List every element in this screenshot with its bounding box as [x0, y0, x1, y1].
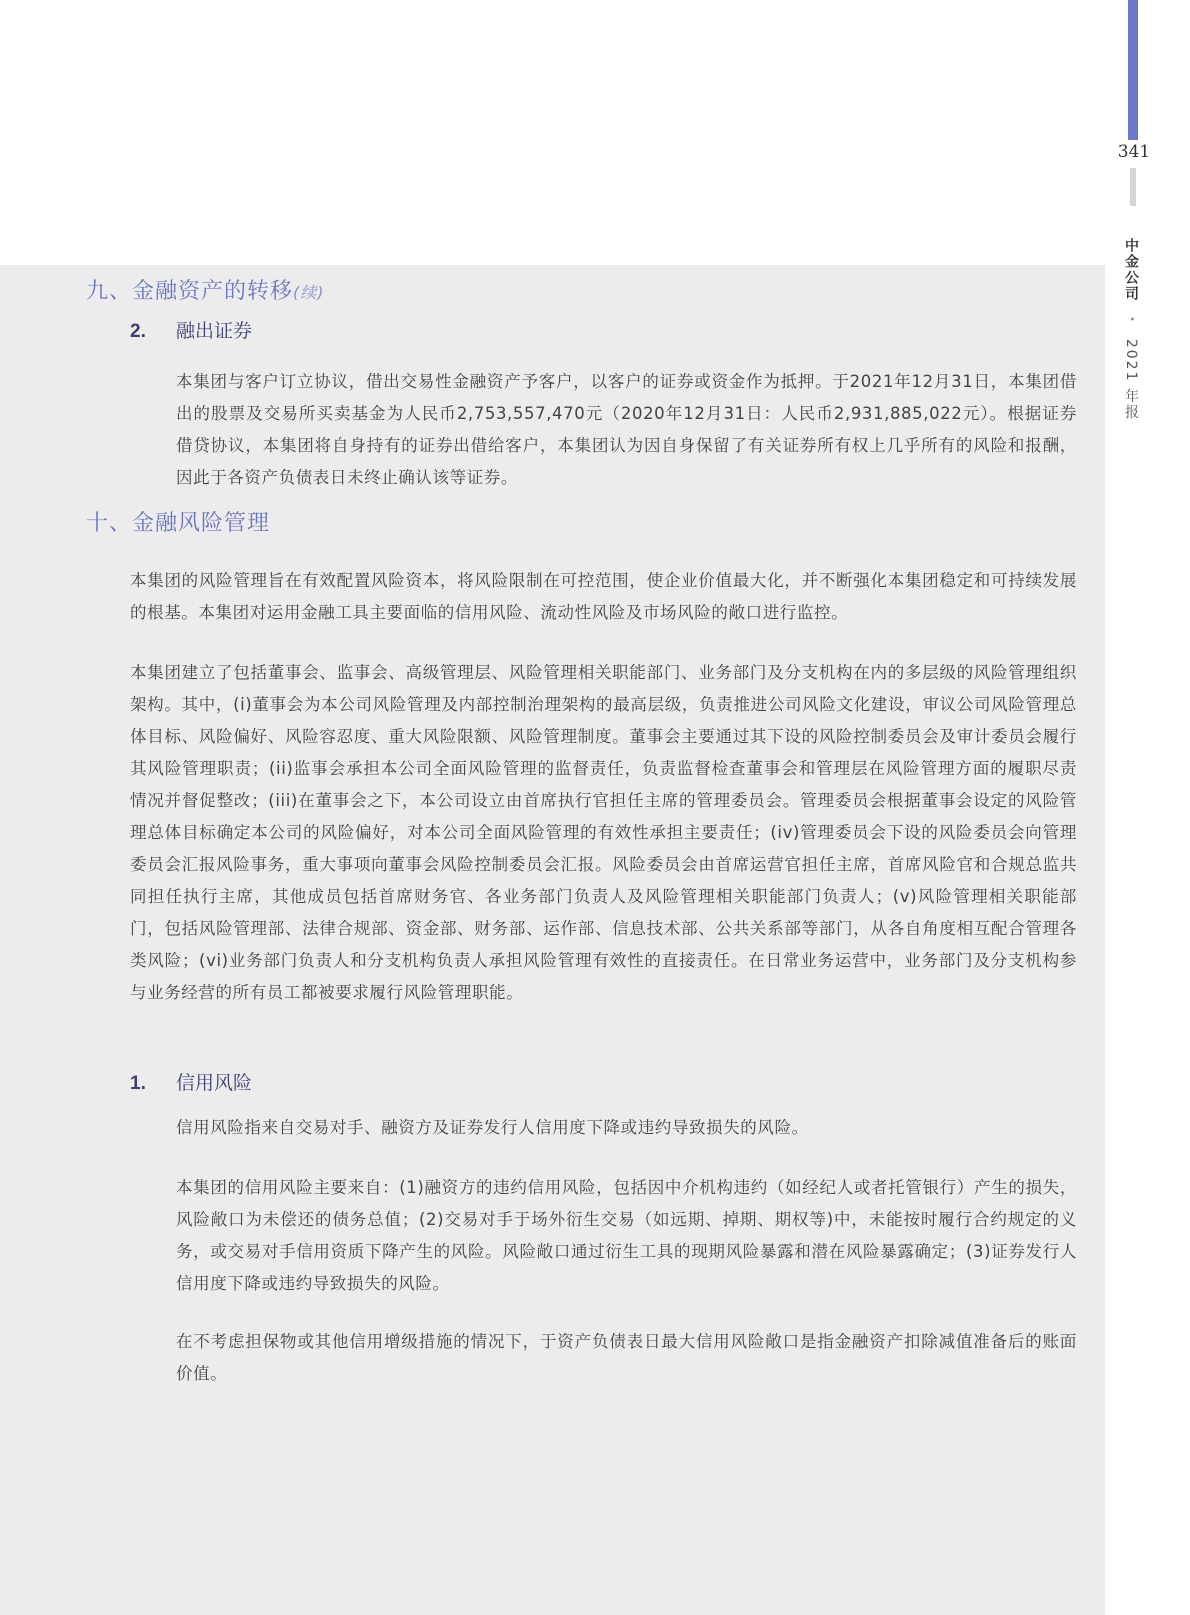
paragraph-credit-risk-sources: 本集团的信用风险主要来自：(1)融资方的违约信用风险，包括因中介机构违约（如经纪… — [176, 1172, 1077, 1300]
section-heading-9: 九、金融资产的转移(续) — [86, 274, 325, 305]
running-header: 中金公司 • 2021 年报 — [1121, 238, 1141, 421]
subsection-heading-securities-lending: 2.融出证券 — [130, 316, 252, 343]
paragraph-max-credit-exposure: 在不考虑担保物或其他信用增级措施的情况下，于资产负债表日最大信用风险敞口是指金融… — [176, 1326, 1077, 1390]
subsection-title: 融出证券 — [176, 320, 252, 342]
subsection-number: 1. — [130, 1073, 176, 1095]
paragraph-risk-management-structure: 本集团建立了包括董事会、监事会、高级管理层、风险管理相关职能部门、业务部门及分支… — [130, 657, 1077, 1009]
page-accent-bar — [1128, 0, 1138, 140]
separator-dot: • — [1126, 316, 1137, 324]
report-name: 2021 年报 — [1123, 339, 1139, 421]
paragraph-risk-management-intro: 本集团的风险管理旨在有效配置风险资本，将风险限制在可控范围，使企业价值最大化，并… — [130, 565, 1077, 629]
page-divider-bar — [1130, 168, 1136, 206]
subsection-heading-credit-risk: 1.信用风险 — [130, 1068, 252, 1095]
section-heading-10: 十、金融风险管理 — [86, 506, 270, 537]
paragraph-credit-risk-definition: 信用风险指来自交易对手、融资方及证券发行人信用度下降或违约导致损失的风险。 — [176, 1112, 1077, 1144]
subsection-title: 信用风险 — [176, 1072, 252, 1094]
subsection-number: 2. — [130, 321, 176, 343]
section-title: 十、金融风险管理 — [86, 511, 270, 536]
company-name: 中金公司 — [1123, 238, 1139, 302]
continued-label: (续) — [293, 283, 325, 302]
page-number: 341 — [1112, 142, 1156, 162]
section-title: 九、金融资产的转移 — [86, 279, 293, 304]
paragraph-securities-lending: 本集团与客户订立协议，借出交易性金融资产予客户，以客户的证券或资金作为抵押。于2… — [176, 366, 1077, 494]
